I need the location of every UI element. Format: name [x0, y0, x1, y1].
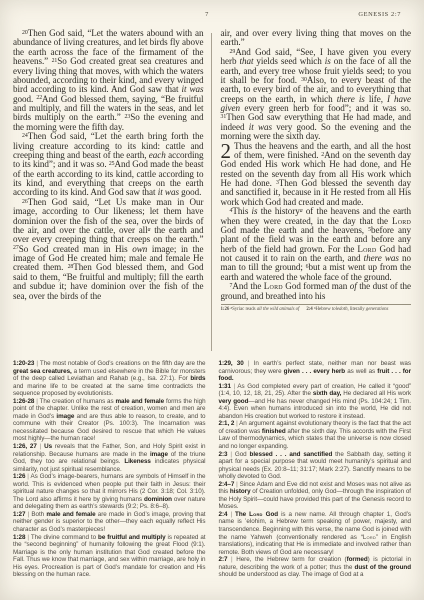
- note-separator: |: [244, 360, 254, 367]
- note-reference: 1:26-28: [13, 398, 34, 405]
- note-reference: 2:1, 2: [219, 420, 235, 427]
- note-reference: 1:29, 30: [219, 360, 244, 367]
- note-text: An argument against evolutionary theory …: [219, 420, 412, 450]
- chapter-number-drop-cap: 2: [221, 142, 234, 160]
- verse-paragraph: 24Then God said, “Let the earth bring fo…: [13, 132, 204, 198]
- verse-paragraph: 4This is the historya of the heavens and…: [221, 207, 412, 282]
- note-text: God blessed . . . and sanctified the Sab…: [219, 451, 412, 481]
- note-text: Here, the Hebrew term for creation (form…: [219, 556, 412, 578]
- study-note: 1:27 | Both male and female are made in …: [13, 511, 206, 534]
- scripture-section: 20Then God said, “Let the waters abound …: [13, 29, 411, 313]
- verse-paragraph: 20Then God said, “Let the waters abound …: [13, 29, 204, 132]
- study-note: 1:29, 30 | In earth’s perfect state, nei…: [219, 360, 412, 383]
- study-note: 2:3 | God blessed . . . and sanctified t…: [219, 451, 412, 481]
- note-separator: |: [227, 556, 236, 563]
- footnote-reference: 1:26: [221, 307, 230, 312]
- study-note: 1:26-28 | The creation of humans as male…: [13, 398, 206, 443]
- verse-paragraph: 26Then God said, “Let Us make man in Our…: [13, 198, 204, 301]
- scripture-right-paragraphs: air, and over every living thing that mo…: [221, 29, 412, 301]
- note-text: The divine command to be fruitful and mu…: [13, 534, 206, 579]
- note-separator: |: [227, 451, 234, 458]
- verse-text: air, and over every living thing that mo…: [221, 28, 412, 47]
- scripture-left-column: 20Then God said, “Let the waters abound …: [13, 29, 204, 313]
- note-reference: 1:31: [219, 383, 231, 390]
- running-head: GENESIS 2:7: [358, 11, 401, 18]
- note-reference: 1:26, 27: [13, 443, 37, 450]
- verse-text: 7And the Lord God formed man of the dust…: [221, 281, 412, 300]
- verse-paragraph: 29And God said, “See, I have given you e…: [221, 48, 412, 142]
- study-note: 2:7 | Here, the Hebrew term for creation…: [219, 556, 412, 579]
- scripture-right-column: air, and over every living thing that mo…: [221, 29, 412, 313]
- note-separator: |: [37, 443, 44, 450]
- verse-text: 24Then God said, “Let the earth bring fo…: [13, 131, 204, 197]
- verse-text: 4This is the historya of the heavens and…: [221, 206, 412, 282]
- verse-text: 29And God said, “See, I have given you e…: [221, 47, 412, 141]
- study-notes-right-column: 1:29, 30 | In earth’s perfect state, nei…: [219, 360, 412, 579]
- study-note: 2:1, 2 | An argument against evolutionar…: [219, 420, 412, 450]
- note-text: Both male and female are made in God’s i…: [13, 511, 206, 533]
- note-text: The Lord God is a new name. All through …: [219, 511, 412, 556]
- verse-paragraph: 7And the Lord God formed man of the dust…: [221, 282, 412, 301]
- note-text: As God’s image-bearers, humans are symbo…: [13, 473, 206, 510]
- bible-page: 7 GENESIS 2:7 20Then God said, “Let the …: [0, 0, 424, 600]
- study-notes-section: 1:20-23 | The most notable of God’s crea…: [13, 360, 411, 579]
- verse-text: 20Then God said, “Let the waters abound …: [13, 28, 204, 132]
- note-text: The most notable of God’s creations on t…: [13, 360, 206, 397]
- note-text: The creation of humans as male and femal…: [13, 398, 206, 443]
- note-reference: 1:27: [13, 511, 25, 518]
- note-text: Since Adam and Eve did not exist and Mos…: [219, 481, 412, 511]
- verse-text: Thus the heavens and the earth, and all …: [221, 141, 412, 207]
- study-notes-left-column: 1:20-23 | The most notable of God’s crea…: [13, 360, 206, 579]
- study-note: 2:4–7 | Since Adam and Eve did not exist…: [219, 481, 412, 511]
- note-reference: 2:4–7: [219, 481, 235, 488]
- note-text: As God completed every part of creation,…: [219, 383, 412, 420]
- verse-paragraph: air, and over every living thing that mo…: [221, 29, 412, 48]
- study-note: 1:28 | The divine command to be fruitful…: [13, 534, 206, 579]
- study-note: 2:4 | The Lord God is a new name. All th…: [219, 511, 412, 556]
- note-reference: 1:28: [13, 534, 25, 541]
- scripture-left-paragraphs: 20Then God said, “Let the waters abound …: [13, 29, 204, 301]
- study-note: 1:31 | As God completed every part of cr…: [219, 383, 412, 421]
- translation-footnote: 2:4 aHebrew toledoth, literally generati…: [306, 307, 388, 312]
- translation-footnotes: 1:26 aSyriac reads all the wild animals …: [221, 304, 412, 313]
- study-note: 1:20-23 | The most notable of God’s crea…: [13, 360, 206, 398]
- study-note: 1:26 | As God’s image-bearers, humans ar…: [13, 473, 206, 511]
- footnote-reference: 2:4: [306, 307, 312, 312]
- note-separator: |: [227, 511, 235, 518]
- verse-text: 26Then God said, “Let Us make man in Our…: [13, 197, 204, 301]
- study-note: 1:26, 27 | Us reveals that the Father, S…: [13, 443, 206, 473]
- note-reference: 1:26: [13, 473, 25, 480]
- page-number: 7: [13, 11, 401, 18]
- chapter-paragraph: 2Thus the heavens and the earth, and all…: [221, 142, 412, 208]
- note-reference: 1:20-23: [13, 360, 34, 367]
- translation-footnote: 1:26 aSyriac reads all the wild animals …: [221, 307, 300, 312]
- page-header: 7 GENESIS 2:7: [13, 11, 401, 21]
